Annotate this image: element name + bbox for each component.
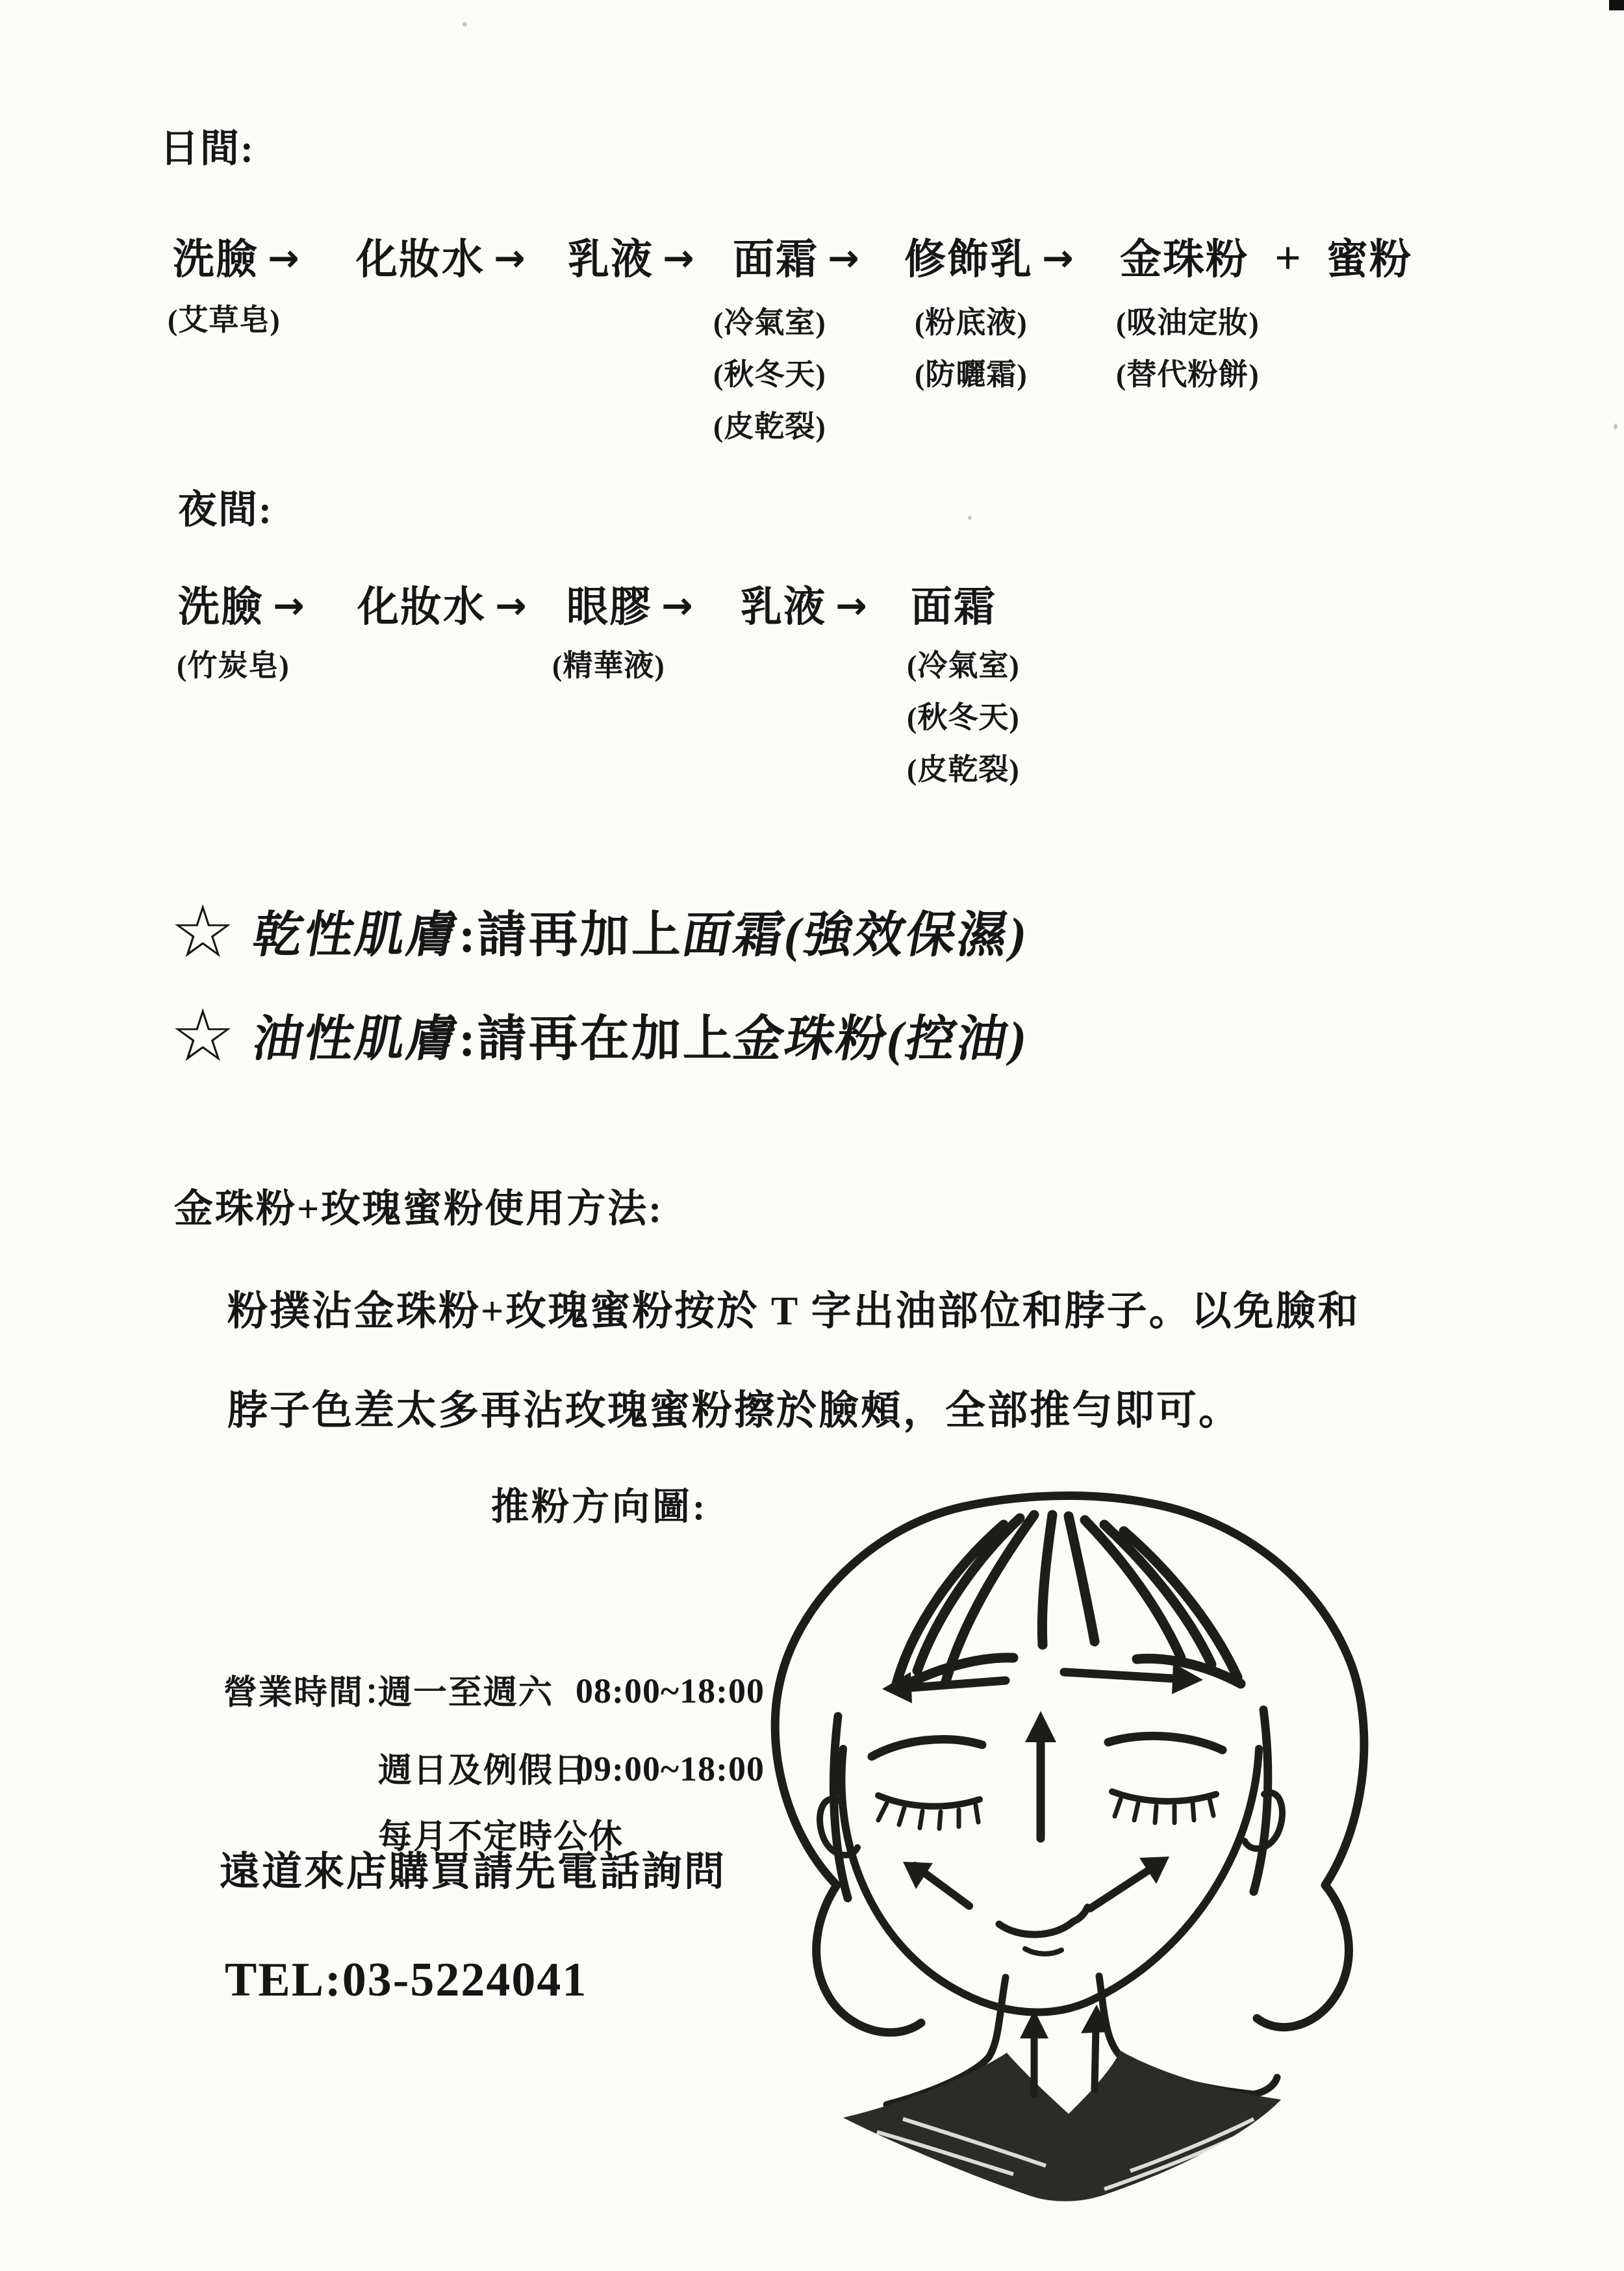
flow-arrow-icon: →: [495, 585, 528, 627]
scan-corner-artifact: [1609, 0, 1624, 10]
hair-outline: [775, 1496, 1364, 2033]
night-note-bamboo-charcoal-soap: (竹炭皂): [177, 650, 290, 683]
dust-speck: [968, 516, 972, 520]
day-flow-step-cream: 面霜→: [733, 237, 861, 283]
skin-type: 乾性肌膚: [249, 909, 464, 963]
nose-arrow-icon: [1025, 1711, 1056, 1838]
day-note-oil-absorb-setting: (吸油定妝): [1116, 307, 1260, 340]
dust-speck: [463, 22, 467, 27]
day-note-replace-pressed-powder: (替代粉餅): [1116, 359, 1260, 392]
skin-type: 油性肌膚: [249, 1013, 464, 1067]
day-flow-step-honey-powder: 蜜粉: [1326, 237, 1412, 283]
eyebrow-left: [872, 1740, 982, 1757]
tip-product: 面霜(強效保濕): [678, 909, 1032, 963]
day-flow-step-toner: 化妝水→: [356, 237, 527, 283]
step-label: 化妝水: [357, 585, 486, 630]
step-label: 金珠粉: [1120, 237, 1249, 283]
forehead-arrow-right-icon: [1064, 1663, 1203, 1694]
flow-arrow-icon: →: [268, 238, 301, 279]
step-label: 乳液: [568, 237, 653, 283]
day-note-sunscreen: (防曬霜): [915, 359, 1028, 392]
cheek-arrow-right-icon: [1090, 1857, 1169, 1909]
flow-arrow-icon: →: [494, 238, 527, 279]
powder-direction-face-illustration: [741, 1469, 1419, 2206]
tip-mid: :請再在加上: [459, 1012, 733, 1067]
step-label: 乳液: [741, 585, 826, 630]
night-flow-step-wash: 洗臉→: [178, 585, 306, 630]
night-flow-step-eye-gel: 眼膠→: [566, 585, 694, 630]
usage-body-line-1: 粉撲沾金珠粉+玫瑰蜜粉按於 T 字出油部位和脖子。以免臉和: [227, 1289, 1360, 1334]
bangs: [896, 1515, 1241, 1690]
star-icon: ☆: [170, 1000, 236, 1072]
collar-shading: [843, 2051, 1281, 2201]
star-icon: ☆: [170, 896, 236, 969]
usage-method-title: 金珠粉+玫瑰蜜粉使用方法:: [174, 1187, 663, 1230]
tip-oily-skin: ☆ 油性肌膚:請再在加上金珠粉(控油): [170, 1004, 1027, 1076]
dust-speck: [1614, 424, 1618, 429]
night-section-title: 夜間:: [178, 488, 273, 531]
cheek-arrow-left-icon: [903, 1862, 969, 1906]
business-hours-label: 營業時間：: [223, 1675, 399, 1712]
step-label: 面霜: [911, 585, 996, 630]
telephone-number: TEL:03-5224041: [225, 1954, 587, 2007]
hours-time-sunday-holiday: 09:00~18:00: [576, 1750, 765, 1788]
day-note-autumn-winter: (秋冬天): [713, 359, 826, 392]
hours-time-weekday: 08:00~18:00: [576, 1672, 765, 1710]
scanned-skincare-instruction-sheet: 日間: 洗臉→ 化妝水→ 乳液→ 面霜→ 修飾乳→ 金珠粉 + 蜜粉 (艾草皂)…: [0, 0, 1624, 2271]
night-flow-step-toner: 化妝水→: [357, 585, 528, 630]
hours-days-weekday: 週一至週六: [378, 1675, 553, 1712]
eyebrow-right: [1108, 1736, 1223, 1750]
night-note-autumn-winter: (秋冬天): [907, 702, 1020, 735]
flow-arrow-icon: →: [661, 585, 694, 627]
tip-dry-skin: ☆ 乾性肌膚:請再加上面霜(強效保濕): [170, 900, 1027, 972]
day-flow-step-lotion: 乳液→: [568, 237, 696, 283]
night-note-aircon-room: (冷氣室): [907, 650, 1020, 683]
step-label: 修飾乳: [904, 237, 1033, 283]
day-flow-step-wash: 洗臉→: [173, 237, 301, 283]
step-label: 化妝水: [356, 237, 485, 283]
night-flow-step-lotion: 乳液→: [741, 585, 869, 630]
tip-product: 金珠粉(控油): [729, 1013, 1032, 1067]
night-note-essence: (精華液): [552, 650, 665, 683]
tip-mid: :請再加上: [459, 908, 682, 963]
step-label: 洗臉: [173, 237, 259, 283]
face-outline: [841, 1749, 1259, 2012]
call-ahead-note: 遠道來店購買請先電話詢問: [220, 1850, 726, 1894]
day-section-title: 日間:: [160, 127, 255, 170]
night-note-dry-cracked-skin: (皮乾裂): [907, 754, 1020, 787]
flow-arrow-icon: →: [828, 238, 861, 279]
day-flow-step-gold-pearl-powder: 金珠粉: [1120, 237, 1249, 283]
mouth-smile: [999, 1907, 1087, 1954]
step-label: 眼膠: [566, 585, 652, 630]
day-flow-step-makeup-base: 修飾乳→: [904, 237, 1075, 283]
powder-direction-diagram-title: 推粉方向圖:: [491, 1486, 707, 1528]
step-label: 洗臉: [178, 585, 264, 630]
day-note-dry-cracked-skin: (皮乾裂): [713, 411, 826, 444]
flow-arrow-icon: →: [1042, 238, 1075, 279]
plus-glyph: +: [1275, 233, 1302, 284]
eye-left-closed: [878, 1795, 980, 1829]
day-note-foundation-liquid: (粉底液): [915, 307, 1028, 340]
day-note-aircon-room: (冷氣室): [713, 307, 826, 340]
flow-arrow-icon: →: [663, 238, 696, 279]
tip-text: 油性肌膚:請再在加上金珠粉(控油): [253, 1013, 1027, 1067]
usage-body-line-2: 脖子色差太多再沾玫瑰蜜粉擦於臉頰，全部推勻即可。: [227, 1389, 1241, 1433]
flow-arrow-icon: →: [835, 585, 869, 627]
eye-right-closed: [1112, 1792, 1216, 1823]
tip-text: 乾性肌膚:請再加上面霜(強效保濕): [253, 909, 1027, 963]
night-flow-step-cream: 面霜: [911, 585, 996, 630]
hours-days-sunday-holiday: 週日及例假日: [378, 1753, 589, 1790]
day-flow-plus-sign: +: [1275, 233, 1302, 284]
day-note-mugwort-soap: (艾草皂): [168, 304, 281, 337]
step-label: 蜜粉: [1326, 237, 1412, 283]
flow-arrow-icon: →: [273, 585, 306, 627]
step-label: 面霜: [733, 237, 818, 283]
